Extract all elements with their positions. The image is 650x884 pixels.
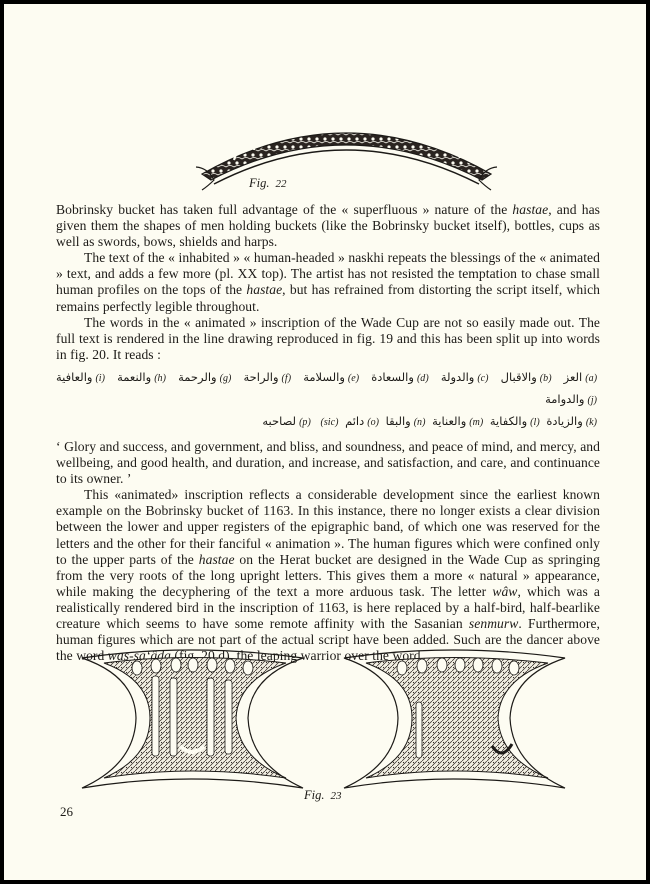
arabic-line-1: (a)العز (b)والاقبال (c)والدولة (d)والسعا… — [56, 370, 600, 406]
page-number: 26 — [60, 804, 73, 820]
fig23-caption-prefix: Fig. — [304, 788, 324, 802]
arabic-line-2: (k)والزيادة (l)والكفاية (m)والعناية (n)و… — [262, 414, 600, 428]
fig23-left-panel-illustration — [80, 646, 305, 791]
arabic-inscription: (a)العز (b)والاقبال (c)والدولة (d)والسعا… — [56, 367, 600, 433]
fig23-caption: Fig.23 — [304, 788, 341, 803]
paragraph-1: Bobrinsky bucket has taken full advantag… — [56, 202, 600, 250]
paragraph-2: The text of the « inhabited » « human-he… — [56, 250, 600, 314]
body-text: Bobrinsky bucket has taken full advantag… — [56, 202, 600, 664]
fig22-caption: Fig.22 — [249, 176, 286, 191]
fig23-caption-number: 23 — [330, 790, 341, 802]
fig23-right-panel-illustration — [342, 646, 567, 791]
fig22-caption-number: 22 — [275, 178, 286, 190]
fig22-arch-illustration — [194, 112, 499, 192]
paragraph-4: This «animated» inscription reflects a c… — [56, 487, 600, 664]
paragraph-3: The words in the « animated » inscriptio… — [56, 315, 600, 363]
document-page: Fig.22 Bobrinsky bucket has taken full a… — [4, 4, 646, 880]
fig22-caption-prefix: Fig. — [249, 176, 269, 190]
translation-quote: ‘ Glory and success, and government, and… — [56, 439, 600, 487]
